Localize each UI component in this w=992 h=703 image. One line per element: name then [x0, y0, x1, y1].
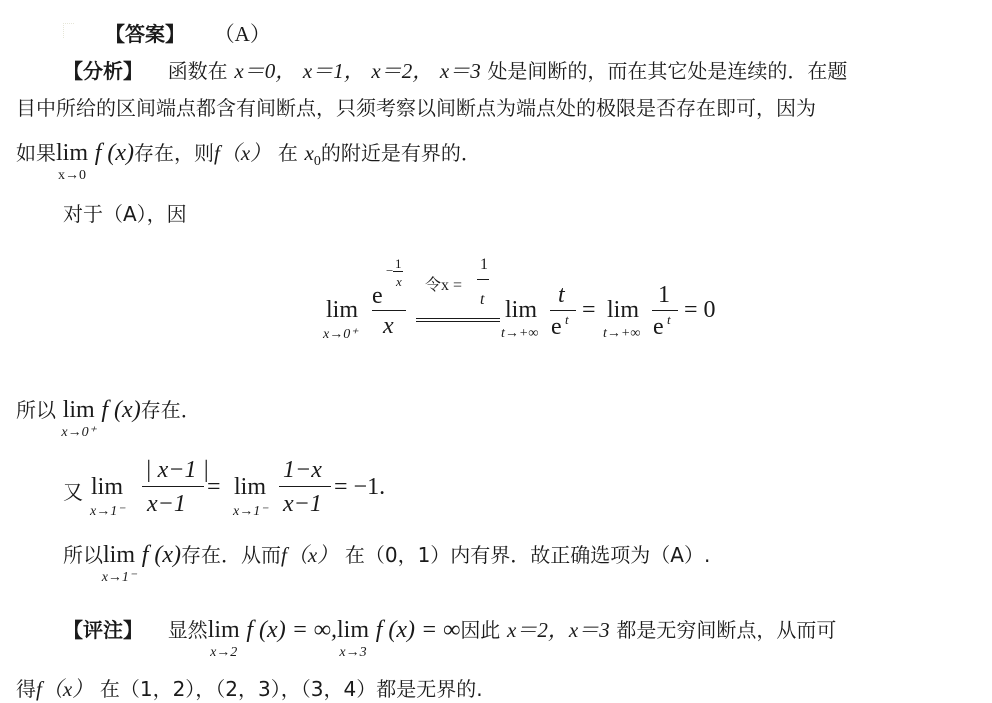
frac-num-base: e — [372, 283, 383, 310]
analysis-line-2: 目中所给的区间端点都含有间断点，只须考察以间断点为端点处的极限是否存在即可，因为 — [16, 98, 816, 118]
exp-num: 1 — [395, 256, 402, 272]
lim-subscript: x→0⁺ — [323, 326, 358, 343]
lim-subscript-text: x→0⁺ — [323, 327, 358, 342]
fx: f（x） — [281, 543, 338, 567]
text: 如果 — [16, 141, 56, 165]
lim-subscript-text: x→1⁻ — [102, 570, 137, 585]
lim-word: lim — [337, 617, 369, 643]
text: 显然 — [168, 618, 208, 642]
fx: f（x） — [36, 677, 93, 701]
fx: f (x) — [95, 140, 134, 166]
x0-subscript: 0 — [314, 154, 321, 169]
limit-expr: limx→0⁺ — [63, 398, 95, 422]
text: 的附近是有界的． — [321, 141, 481, 165]
lim-subscript: x→1⁻ — [233, 503, 268, 520]
lim-subscript: t→+∞ — [501, 326, 538, 342]
frac-bar — [550, 310, 576, 311]
text: 在（0，1）内有界．故正确选项为（A）. — [345, 543, 711, 567]
result: = −1. — [334, 474, 385, 501]
text: 在（1，2），（2，3），（3，4）都是无界的. — [100, 677, 483, 701]
frac-num: t — [558, 282, 565, 309]
point: x＝1， — [303, 59, 365, 83]
answer-line: 【答案】 （A） — [105, 24, 271, 45]
frac-bar — [279, 486, 331, 487]
frac-num: 1−x — [283, 457, 322, 484]
text: 得 — [16, 677, 36, 701]
lim-word: lim — [234, 474, 266, 501]
expr: f (x) = ∞ — [376, 617, 461, 643]
frac-den-exp: t — [565, 312, 569, 328]
remark-line-1: 【评注】 显然limx→2 f (x) = ∞,limx→3 f (x) = ∞… — [63, 618, 836, 642]
faint-mark — [63, 23, 74, 38]
lim-word: lim — [56, 140, 88, 166]
substitution-text: 令x = — [425, 272, 462, 295]
text: 存在． — [141, 398, 201, 422]
lim-subscript-text: x→2 — [210, 645, 237, 660]
double-line-equals — [416, 306, 500, 333]
point: x＝2， — [507, 618, 569, 642]
lim-subscript-text: x→0⁺ — [61, 425, 96, 440]
lim-subscript: x→1⁻ — [90, 503, 125, 520]
lim-subscript: x→1⁻ — [102, 571, 137, 585]
lim-subscript: x→0⁺ — [61, 426, 96, 440]
exp-frac-bar — [393, 271, 403, 272]
lim-subscript-text: t→+∞ — [501, 326, 538, 341]
frac-den-base: e — [653, 314, 664, 341]
text: 所以 — [63, 543, 103, 567]
fx: f（x） — [214, 141, 271, 165]
lim-subscript-text: x→3 — [339, 645, 366, 660]
lim-word: lim — [505, 297, 537, 324]
equals-sign: = — [582, 297, 596, 324]
lim-subscript: x→2 — [210, 646, 237, 660]
lim-subscript: x→0 — [58, 169, 86, 183]
remark-line-2: 得f（x） 在（1，2），（2，3），（3，4）都是无界的. — [16, 679, 483, 700]
lim-word: lim — [63, 397, 95, 423]
analysis-line-3: 如果limx→0 f (x)存在，则f（x） 在 x0的附近是有界的． — [16, 141, 481, 169]
text: 存在，则 — [134, 141, 214, 165]
point: x＝0， — [234, 59, 296, 83]
text: 在 — [278, 141, 298, 165]
text: 都是无穷间断点，从而可 — [616, 618, 836, 642]
remark-label: 【评注】 — [63, 618, 143, 642]
point: x＝2， — [371, 59, 433, 83]
lim-word: lim — [326, 297, 358, 324]
text: 所以 — [16, 398, 56, 422]
frac-num: | x−1 | — [145, 457, 209, 484]
answer-value: （A） — [214, 22, 271, 46]
text: 因此 — [460, 618, 500, 642]
sub-bar — [477, 279, 489, 280]
lim-word: lim — [607, 297, 639, 324]
analysis-text: 处是间断的，而在其它处是连续的．在题 — [487, 59, 847, 83]
frac-bar — [142, 486, 204, 487]
limit-expr: limx→0 — [56, 141, 88, 165]
limit-expr: limx→2 — [208, 618, 240, 642]
frac-den: x−1 — [147, 491, 186, 518]
lim-subscript-text: x→1⁻ — [90, 504, 125, 519]
analysis-text: 函数在 — [168, 59, 228, 83]
frac-bar — [652, 310, 678, 311]
frac-den-base: e — [551, 314, 562, 341]
limit-expr: limx→3 — [337, 618, 369, 642]
limit-expr: limx→1⁻ — [103, 543, 135, 567]
equals-sign: = — [207, 474, 221, 501]
case-a-intro: 对于（A），因 — [63, 204, 187, 224]
sub-num: 1 — [480, 256, 488, 274]
fx: f (x) — [142, 542, 181, 568]
lim-word: lim — [91, 474, 123, 501]
case-b-conclusion: 所以limx→1⁻ f (x)存在．从而f（x） 在（0，1）内有界．故正确选项… — [63, 543, 710, 567]
x0: x — [305, 141, 314, 165]
exp-den: x — [396, 274, 402, 290]
point: x＝3 — [569, 618, 610, 642]
lim-subscript: x→3 — [339, 646, 366, 660]
frac-den: x — [383, 313, 394, 340]
expr: f (x) = ∞, — [246, 617, 337, 643]
lim-word: lim — [103, 542, 135, 568]
lim-subscript-text: x→1⁻ — [233, 504, 268, 519]
frac-bar — [372, 310, 406, 311]
lim-subscript: t→+∞ — [603, 326, 640, 342]
result: = 0 — [684, 297, 716, 324]
answer-label: 【答案】 — [105, 22, 185, 46]
text: 又 — [63, 476, 83, 505]
lim-word: lim — [208, 617, 240, 643]
analysis-line-1: 【分析】 函数在 x＝0， x＝1， x＝2， x＝3 处是间断的，而在其它处是… — [63, 61, 847, 82]
text: 存在．从而 — [181, 543, 281, 567]
lim-subscript-text: t→+∞ — [603, 326, 640, 341]
fx: f (x) — [101, 397, 140, 423]
analysis-label: 【分析】 — [63, 59, 143, 83]
case-a-conclusion: 所以 limx→0⁺ f (x)存在． — [16, 398, 201, 422]
frac-den-exp: t — [667, 312, 671, 328]
point: x＝3 — [440, 59, 481, 83]
frac-num: 1 — [658, 282, 670, 309]
frac-den: x−1 — [283, 491, 322, 518]
